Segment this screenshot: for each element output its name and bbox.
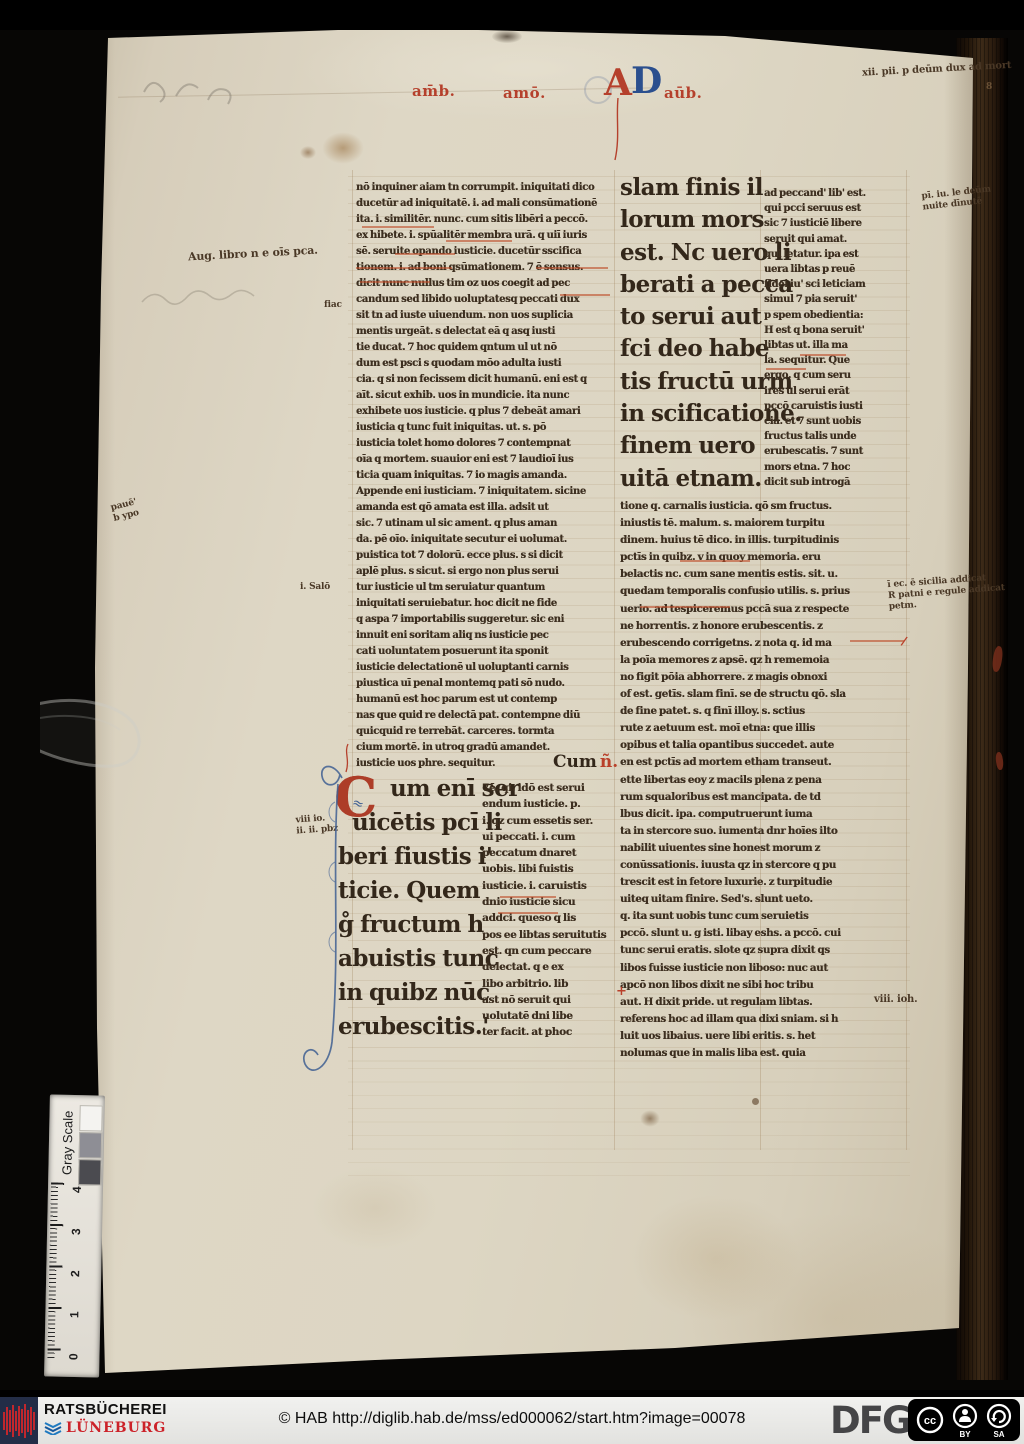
ruler-number-2: 2 bbox=[68, 1263, 82, 1277]
red-paraph-mark: + bbox=[616, 984, 627, 999]
gloss-column-2-right: ad peccand' lib' est.qui pcci seruus est… bbox=[764, 186, 906, 490]
gloss-lower-block: tione q. carnalis iusticia. qō sm fructu… bbox=[620, 498, 910, 1062]
rubric-underline bbox=[356, 267, 452, 269]
black-gap bbox=[0, 1390, 1024, 1397]
footer-bar: RATSBÜCHEREI LÜNEBURG © HAB http://digli… bbox=[0, 1397, 1024, 1444]
copyright-url: © HAB http://diglib.hab.de/mss/ed000062/… bbox=[279, 1410, 746, 1428]
rubric-underline bbox=[560, 294, 610, 296]
rubric-underline bbox=[850, 640, 904, 642]
pencil-scribble bbox=[138, 280, 278, 316]
ruler-major-ticks bbox=[47, 1182, 64, 1360]
library-city: LÜNEBURG bbox=[66, 1420, 166, 1436]
stain bbox=[300, 146, 316, 159]
cc-by-icon bbox=[952, 1403, 978, 1429]
film-clip bbox=[40, 662, 170, 802]
dfg-logo: DFG bbox=[830, 1399, 910, 1442]
running-title-mid: amō. bbox=[503, 84, 546, 102]
stain bbox=[322, 132, 364, 164]
rubric-underline bbox=[395, 253, 455, 255]
running-title-initial-d: D bbox=[631, 60, 663, 102]
stain bbox=[492, 30, 522, 43]
ruler-number-0: 0 bbox=[66, 1346, 80, 1360]
gloss-column-middle: 7ē. qi. idō est seruiendum iusticie. p.i… bbox=[482, 780, 614, 1041]
svg-text:cc: cc bbox=[924, 1415, 936, 1427]
rubric-underline bbox=[640, 606, 730, 608]
bible-text-column-2: slam finis illorum morsest. Nc uero libe… bbox=[620, 172, 766, 495]
black-top-strip bbox=[0, 0, 1024, 30]
rubric-underline bbox=[446, 240, 512, 242]
ruling-lines-lower bbox=[348, 1068, 910, 1188]
lemma-word: Cum bbox=[553, 752, 597, 772]
ruler-number-3: 3 bbox=[69, 1221, 83, 1235]
pencil-inscription bbox=[136, 66, 246, 116]
corner-folio-number: 8 bbox=[986, 82, 992, 93]
library-logo: RATSBÜCHEREI LÜNEBURG bbox=[44, 1401, 167, 1436]
rubric-underline bbox=[680, 560, 750, 562]
cc-license-badge: cc BY SA bbox=[908, 1399, 1020, 1441]
vertical-rule bbox=[614, 170, 615, 1150]
rubric-underline bbox=[536, 267, 608, 269]
running-title-left: am̄b. bbox=[412, 82, 455, 100]
rubric-underline bbox=[498, 912, 558, 914]
running-title-right: aūb. bbox=[664, 84, 702, 102]
lemma-mark: ñ. bbox=[597, 752, 618, 772]
ruler-number-1: 1 bbox=[67, 1304, 81, 1318]
cc-icon: cc bbox=[916, 1406, 944, 1434]
ruler-number-4: 4 bbox=[70, 1179, 84, 1193]
cc-by-label: BY bbox=[953, 1430, 977, 1439]
lemma-cum: Cumñ. bbox=[553, 752, 618, 772]
rubric-underline bbox=[362, 226, 434, 228]
rubric-underline bbox=[800, 354, 846, 356]
library-name: RATSBÜCHEREI bbox=[44, 1401, 167, 1418]
rubric-underline bbox=[766, 368, 806, 370]
cc-sa-icon bbox=[986, 1403, 1012, 1429]
margin-note-fiat: fiac bbox=[324, 300, 342, 311]
rubric-underline bbox=[500, 896, 556, 898]
ruler-patch-white bbox=[79, 1105, 103, 1131]
book-chevron-icon bbox=[44, 1421, 62, 1435]
margin-note-salomon: i. Salō bbox=[300, 582, 330, 593]
library-logo-icon bbox=[0, 1397, 38, 1444]
rubric-underline bbox=[360, 281, 430, 283]
red-descender-flourish bbox=[610, 98, 630, 164]
gray-scale-ruler: Gray Scale 4 3 2 1 0 bbox=[44, 1094, 105, 1377]
scan-viewport: am̄b. amō. A D aūb. xii. pii. p deūm dux… bbox=[0, 0, 1024, 1444]
ruler-patch-gray bbox=[79, 1132, 103, 1158]
cc-sa-label: SA bbox=[987, 1430, 1011, 1439]
